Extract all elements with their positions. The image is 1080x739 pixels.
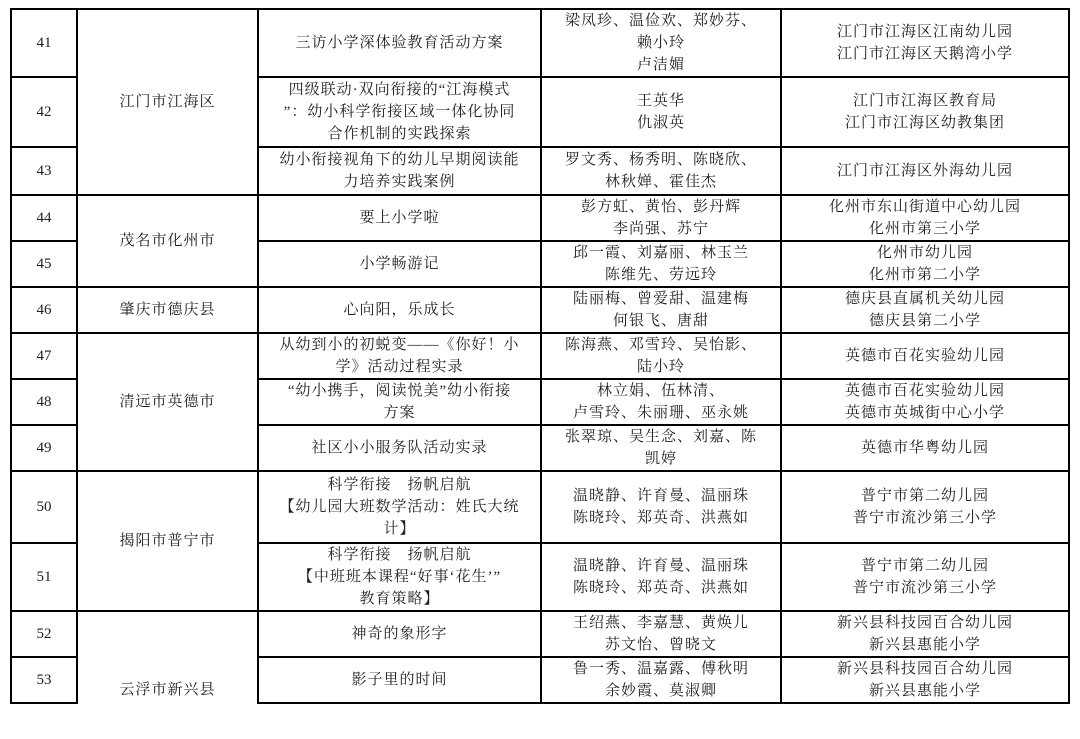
authors-cell-line: 陈晓玲、郑英奇、洪燕如 xyxy=(542,577,780,599)
row-number-cell: 42 xyxy=(11,77,77,147)
authors-cell: 温晓静、许育曼、温丽珠陈晓玲、郑英奇、洪燕如 xyxy=(541,543,781,611)
orgs-cell-line: 江门市江海区外海幼儿园 xyxy=(782,160,1068,182)
orgs-cell: 英德市百花实验幼儿园英德市英城街中心小学 xyxy=(781,379,1069,425)
authors-cell: 王绍燕、李嘉慧、黄焕儿苏文怡、曾晓文 xyxy=(541,611,781,657)
authors-cell: 王英华仇淑英 xyxy=(541,77,781,147)
authors-cell-line: 何银飞、唐甜 xyxy=(542,310,780,332)
results-table: 41江门市江海区三访小学深体验教育活动方案梁凤珍、温俭欢、郑妙芬、赖小玲卢洁媚江… xyxy=(10,8,1070,704)
title-cell-line: 【中班班本课程“好事‘花生’” xyxy=(259,566,540,588)
title-cell: 影子里的时间 xyxy=(258,657,541,703)
authors-cell: 梁凤珍、温俭欢、郑妙芬、赖小玲卢洁媚 xyxy=(541,9,781,77)
title-cell-line: 科学衔接 扬帆启航 xyxy=(259,474,540,496)
title-cell-line: “幼小携手，阅读悦美”幼小衔接 xyxy=(259,380,540,402)
authors-cell-line: 王英华 xyxy=(542,90,780,112)
orgs-cell-line: 普宁市第二幼儿园 xyxy=(782,485,1068,507)
orgs-cell-line: 化州市幼儿园 xyxy=(782,242,1068,264)
authors-cell: 彭方虹、黄怡、彭丹辉李尚强、苏宁 xyxy=(541,195,781,241)
region-cell: 清远市英德市 xyxy=(77,333,258,471)
region-cell: 江门市江海区 xyxy=(77,9,258,195)
row-number-cell: 46 xyxy=(11,287,77,333)
authors-cell: 邱一霞、刘嘉丽、林玉兰陈维先、劳远玲 xyxy=(541,241,781,287)
authors-cell-line: 苏文怡、曾晓文 xyxy=(542,634,780,656)
region-cell: 茂名市化州市 xyxy=(77,195,258,287)
region-cell: 揭阳市普宁市 xyxy=(77,471,258,611)
row-number-cell: 51 xyxy=(11,543,77,611)
title-cell-line: 四级联动·双向衔接的“江海模式 xyxy=(259,79,540,101)
row-number-cell: 44 xyxy=(11,195,77,241)
title-cell-line: 合作机制的实践探索 xyxy=(259,123,540,145)
authors-cell-line: 余妙霞、莫淑卿 xyxy=(542,680,780,702)
authors-cell: 张翠琼、吴生念、刘嘉、陈凯婷 xyxy=(541,425,781,471)
authors-cell-line: 凯婷 xyxy=(542,448,780,470)
orgs-cell: 江门市江海区教育局江门市江海区幼教集团 xyxy=(781,77,1069,147)
authors-cell-line: 陆丽梅、曾爱甜、温建梅 xyxy=(542,288,780,310)
row-number-cell: 49 xyxy=(11,425,77,471)
orgs-cell-line: 普宁市第二幼儿园 xyxy=(782,555,1068,577)
orgs-cell: 德庆县直属机关幼儿园德庆县第二小学 xyxy=(781,287,1069,333)
authors-cell-line: 罗文秀、杨秀明、陈晓欣、 xyxy=(542,149,780,171)
authors-cell: 鲁一秀、温嘉露、傅秋明余妙霞、莫淑卿 xyxy=(541,657,781,703)
row-number-cell: 43 xyxy=(11,147,77,195)
document-page: 41江门市江海区三访小学深体验教育活动方案梁凤珍、温俭欢、郑妙芬、赖小玲卢洁媚江… xyxy=(0,0,1080,739)
orgs-cell: 江门市江海区江南幼儿园江门市江海区天鹅湾小学 xyxy=(781,9,1069,77)
authors-cell-line: 卢雪玲、朱丽珊、巫永姚 xyxy=(542,402,780,424)
title-cell-line: 要上小学啦 xyxy=(259,207,540,229)
authors-cell: 陈海燕、邓雪玲、吴怡影、陆小玲 xyxy=(541,333,781,379)
region-cell: 云浮市新兴县 xyxy=(77,611,258,703)
orgs-cell: 化州市幼儿园化州市第二小学 xyxy=(781,241,1069,287)
title-cell-line: 心向阳，乐成长 xyxy=(259,299,540,321)
title-cell: “幼小携手，阅读悦美”幼小衔接方案 xyxy=(258,379,541,425)
title-cell: 社区小小服务队活动实录 xyxy=(258,425,541,471)
orgs-cell-line: 普宁市流沙第三小学 xyxy=(782,577,1068,599)
authors-cell-line: 赖小玲 xyxy=(542,32,780,54)
orgs-cell-line: 英德市百花实验幼儿园 xyxy=(782,380,1068,402)
authors-cell: 陆丽梅、曾爱甜、温建梅何银飞、唐甜 xyxy=(541,287,781,333)
title-cell-line: 小学畅游记 xyxy=(259,253,540,275)
authors-cell-line: 邱一霞、刘嘉丽、林玉兰 xyxy=(542,242,780,264)
orgs-cell: 普宁市第二幼儿园普宁市流沙第三小学 xyxy=(781,543,1069,611)
title-cell-line: 幼小衔接视角下的幼儿早期阅读能 xyxy=(259,149,540,171)
orgs-cell-line: 化州市第二小学 xyxy=(782,264,1068,286)
title-cell-line: 【幼儿园大班数学活动：姓氏大统 xyxy=(259,496,540,518)
authors-cell-line: 温晓静、许育曼、温丽珠 xyxy=(542,485,780,507)
orgs-cell-line: 英德市百花实验幼儿园 xyxy=(782,345,1068,367)
authors-cell-line: 陈海燕、邓雪玲、吴怡影、 xyxy=(542,334,780,356)
orgs-cell-line: 江门市江海区天鹅湾小学 xyxy=(782,43,1068,65)
orgs-cell: 英德市华粤幼儿园 xyxy=(781,425,1069,471)
orgs-cell: 普宁市第二幼儿园普宁市流沙第三小学 xyxy=(781,471,1069,543)
table-row: 41江门市江海区三访小学深体验教育活动方案梁凤珍、温俭欢、郑妙芬、赖小玲卢洁媚江… xyxy=(11,9,1069,77)
authors-cell-line: 鲁一秀、温嘉露、傅秋明 xyxy=(542,658,780,680)
authors-cell-line: 李尚强、苏宁 xyxy=(542,218,780,240)
title-cell-line: 学》活动过程实录 xyxy=(259,356,540,378)
orgs-cell-line: 英德市英城街中心小学 xyxy=(782,402,1068,424)
title-cell: 三访小学深体验教育活动方案 xyxy=(258,9,541,77)
authors-cell-line: 陆小玲 xyxy=(542,356,780,378)
row-number-cell: 48 xyxy=(11,379,77,425)
title-cell: 小学畅游记 xyxy=(258,241,541,287)
orgs-cell-line: 江门市江海区教育局 xyxy=(782,90,1068,112)
orgs-cell-line: 英德市华粤幼儿园 xyxy=(782,437,1068,459)
table-next-row-left-border-stub xyxy=(10,688,12,695)
authors-cell-line: 仇淑英 xyxy=(542,112,780,134)
title-cell-line: 计】 xyxy=(259,518,540,540)
row-number-cell: 45 xyxy=(11,241,77,287)
region-cell: 肇庆市德庆县 xyxy=(77,287,258,333)
authors-cell: 林立娟、伍林清、卢雪玲、朱丽珊、巫永姚 xyxy=(541,379,781,425)
results-table-body: 41江门市江海区三访小学深体验教育活动方案梁凤珍、温俭欢、郑妙芬、赖小玲卢洁媚江… xyxy=(11,9,1069,703)
orgs-cell-line: 江门市江海区幼教集团 xyxy=(782,112,1068,134)
authors-cell-line: 林秋婵、霍佳杰 xyxy=(542,171,780,193)
authors-cell-line: 张翠琼、吴生念、刘嘉、陈 xyxy=(542,426,780,448)
title-cell: 科学衔接 扬帆启航【中班班本课程“好事‘花生’”教育策略】 xyxy=(258,543,541,611)
orgs-cell: 江门市江海区外海幼儿园 xyxy=(781,147,1069,195)
title-cell-line: 教育策略】 xyxy=(259,588,540,610)
orgs-cell-line: 德庆县直属机关幼儿园 xyxy=(782,288,1068,310)
orgs-cell-line: 新兴县科技园百合幼儿园 xyxy=(782,658,1068,680)
orgs-cell-line: 新兴县科技园百合幼儿园 xyxy=(782,612,1068,634)
title-cell: 心向阳，乐成长 xyxy=(258,287,541,333)
authors-cell-line: 卢洁媚 xyxy=(542,54,780,76)
title-cell: 神奇的象形字 xyxy=(258,611,541,657)
title-cell-line: 科学衔接 扬帆启航 xyxy=(259,544,540,566)
orgs-cell: 新兴县科技园百合幼儿园新兴县惠能小学 xyxy=(781,657,1069,703)
title-cell-line: 影子里的时间 xyxy=(259,669,540,691)
authors-cell-line: 王绍燕、李嘉慧、黄焕儿 xyxy=(542,612,780,634)
title-cell: 要上小学啦 xyxy=(258,195,541,241)
title-cell: 幼小衔接视角下的幼儿早期阅读能力培养实践案例 xyxy=(258,147,541,195)
authors-cell: 罗文秀、杨秀明、陈晓欣、林秋婵、霍佳杰 xyxy=(541,147,781,195)
orgs-cell-line: 新兴县惠能小学 xyxy=(782,680,1068,702)
authors-cell-line: 彭方虹、黄怡、彭丹辉 xyxy=(542,196,780,218)
row-number-cell: 53 xyxy=(11,657,77,703)
orgs-cell-line: 江门市江海区江南幼儿园 xyxy=(782,21,1068,43)
title-cell: 科学衔接 扬帆启航【幼儿园大班数学活动：姓氏大统计】 xyxy=(258,471,541,543)
title-cell: 四级联动·双向衔接的“江海模式”：幼小科学衔接区域一体化协同合作机制的实践探索 xyxy=(258,77,541,147)
table-row: 46肇庆市德庆县心向阳，乐成长陆丽梅、曾爱甜、温建梅何银飞、唐甜德庆县直属机关幼… xyxy=(11,287,1069,333)
orgs-cell-line: 新兴县惠能小学 xyxy=(782,634,1068,656)
authors-cell-line: 梁凤珍、温俭欢、郑妙芬、 xyxy=(542,10,780,32)
table-row: 52云浮市新兴县神奇的象形字王绍燕、李嘉慧、黄焕儿苏文怡、曾晓文新兴县科技园百合… xyxy=(11,611,1069,657)
title-cell-line: ”：幼小科学衔接区域一体化协同 xyxy=(259,101,540,123)
authors-cell-line: 陈晓玲、郑英奇、洪燕如 xyxy=(542,507,780,529)
orgs-cell: 新兴县科技园百合幼儿园新兴县惠能小学 xyxy=(781,611,1069,657)
title-cell-line: 社区小小服务队活动实录 xyxy=(259,437,540,459)
table-row: 50揭阳市普宁市科学衔接 扬帆启航【幼儿园大班数学活动：姓氏大统计】温晓静、许育… xyxy=(11,471,1069,543)
orgs-cell: 化州市东山街道中心幼儿园化州市第三小学 xyxy=(781,195,1069,241)
table-row: 47清远市英德市从幼到小的初蜕变——《你好！小学》活动过程实录陈海燕、邓雪玲、吴… xyxy=(11,333,1069,379)
table-row: 44茂名市化州市要上小学啦彭方虹、黄怡、彭丹辉李尚强、苏宁化州市东山街道中心幼儿… xyxy=(11,195,1069,241)
orgs-cell-line: 德庆县第二小学 xyxy=(782,310,1068,332)
orgs-cell-line: 化州市东山街道中心幼儿园 xyxy=(782,196,1068,218)
row-number-cell: 47 xyxy=(11,333,77,379)
table-next-row-title-border-stub xyxy=(257,688,259,692)
row-number-cell: 41 xyxy=(11,9,77,77)
orgs-cell-line: 普宁市流沙第三小学 xyxy=(782,507,1068,529)
title-cell-line: 力培养实践案例 xyxy=(259,171,540,193)
authors-cell-line: 温晓静、许育曼、温丽珠 xyxy=(542,555,780,577)
title-cell-line: 方案 xyxy=(259,402,540,424)
title-cell-line: 三访小学深体验教育活动方案 xyxy=(259,32,540,54)
title-cell-line: 从幼到小的初蜕变——《你好！小 xyxy=(259,334,540,356)
orgs-cell-line: 化州市第三小学 xyxy=(782,218,1068,240)
authors-cell: 温晓静、许育曼、温丽珠陈晓玲、郑英奇、洪燕如 xyxy=(541,471,781,543)
row-number-cell: 52 xyxy=(11,611,77,657)
orgs-cell: 英德市百花实验幼儿园 xyxy=(781,333,1069,379)
authors-cell-line: 林立娟、伍林清、 xyxy=(542,380,780,402)
row-number-cell: 50 xyxy=(11,471,77,543)
title-cell: 从幼到小的初蜕变——《你好！小学》活动过程实录 xyxy=(258,333,541,379)
authors-cell-line: 陈维先、劳远玲 xyxy=(542,264,780,286)
title-cell-line: 神奇的象形字 xyxy=(259,623,540,645)
